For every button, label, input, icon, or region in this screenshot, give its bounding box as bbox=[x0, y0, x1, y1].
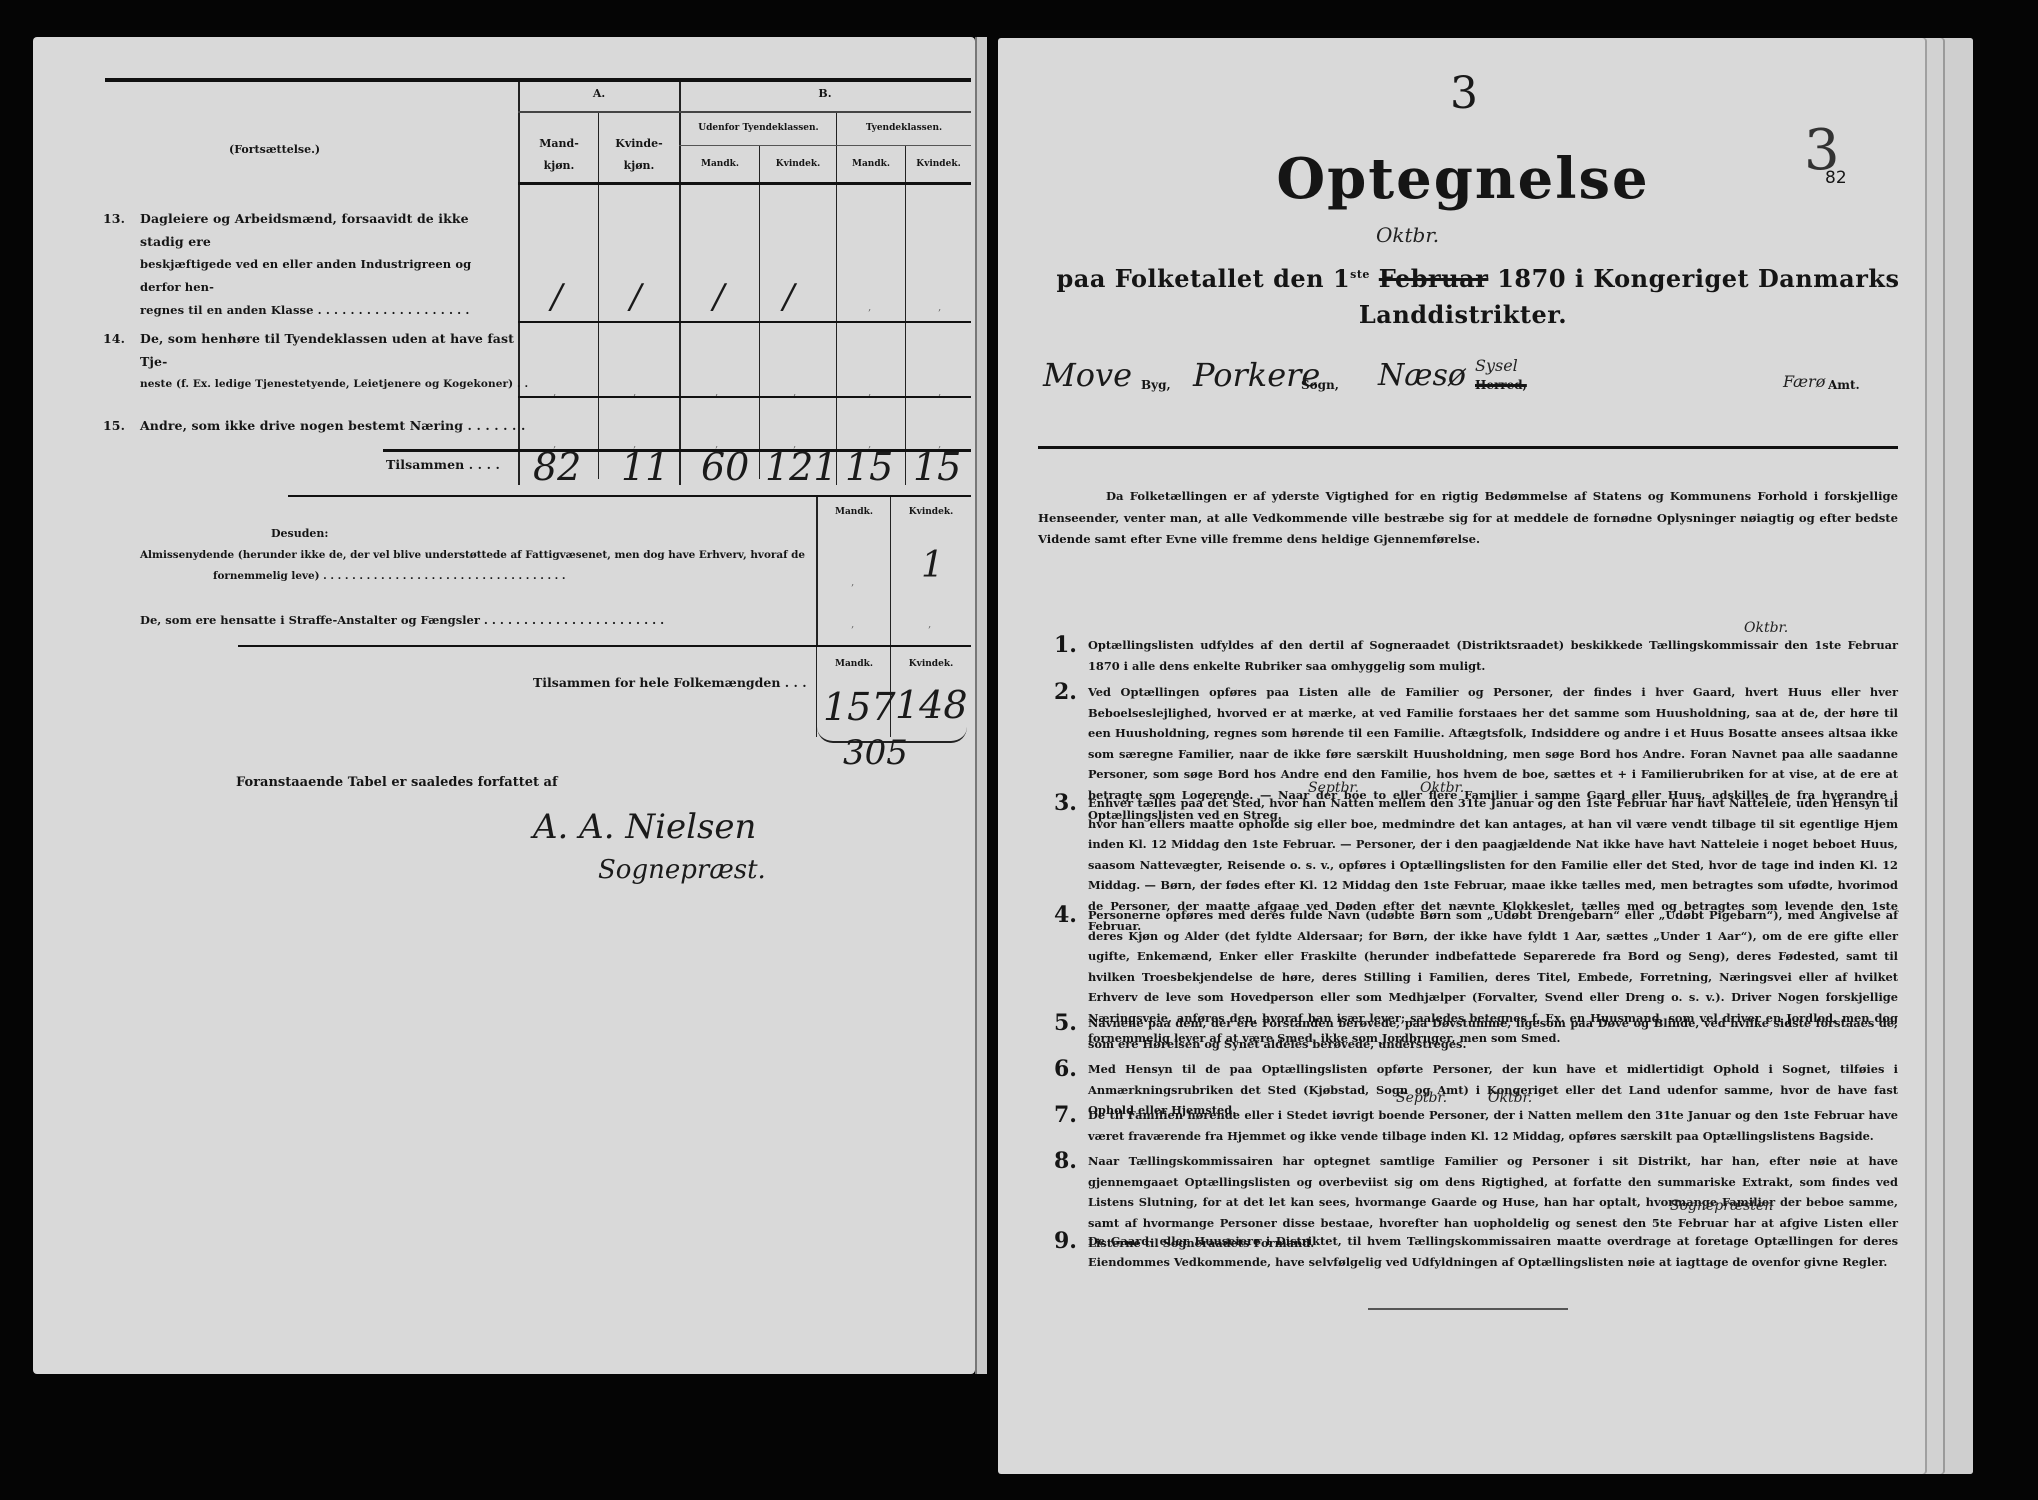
b1-female-header: Kvindek. bbox=[760, 159, 836, 169]
row-13-b2-female: ‚ bbox=[938, 302, 941, 313]
group-b-label: B. bbox=[679, 87, 971, 100]
section-label: (Fortsættelse.) bbox=[229, 143, 320, 156]
besides-bottom-rule bbox=[238, 645, 971, 647]
row-13-text: Dagleiere og Arbeidsmænd, forsaavidt de … bbox=[140, 207, 510, 322]
page-gutter bbox=[975, 37, 987, 1374]
besides-row-1-male: ‚ bbox=[851, 577, 854, 588]
location-district: Næsø bbox=[1378, 358, 1466, 393]
signature-title: Sognepræst. bbox=[598, 855, 766, 885]
date-correction: Oktbr. bbox=[1376, 223, 1439, 247]
row-13-b1-male: / bbox=[713, 277, 724, 317]
besides-female-header: Kvindek. bbox=[891, 507, 971, 517]
location-district-label: Herred, bbox=[1475, 378, 1527, 392]
grand-female-header: Kvindek. bbox=[891, 659, 971, 669]
besides-row-1-female: 1 bbox=[921, 545, 944, 586]
location-parish-label: Sogn, bbox=[1301, 378, 1339, 392]
instruction-4-number: 4. bbox=[1054, 902, 1077, 928]
table-vline-b-left bbox=[679, 82, 681, 485]
location-county-label: Amt. bbox=[1828, 378, 1860, 392]
subtitle-struck-month: Februar bbox=[1379, 264, 1489, 293]
subtitle-line-1: paa Folketallet den 1ste Februar 1870 i … bbox=[1028, 264, 1928, 293]
row-14-line-1: De, som henhøre til Tyendeklassen uden a… bbox=[140, 327, 515, 373]
instruction-9-text: De Gaard- eller Huuseiere i Distriktet, … bbox=[1088, 1231, 1898, 1272]
instruction-5-text: Navnene paa dem, der ere Forstanden berø… bbox=[1088, 1013, 1898, 1054]
row-14-line-2: neste (f. Ex. ledige Tjenestetyende, Lei… bbox=[140, 373, 515, 396]
b-servant-header: Tyendeklassen. bbox=[837, 123, 971, 133]
grand-total-male: 157 bbox=[823, 685, 896, 729]
row-13-line-3: regnes til en anden Klasse . . . . . . .… bbox=[140, 299, 510, 322]
besides-vline-1 bbox=[816, 497, 818, 647]
col-a-male-header: Mand- kjøn. bbox=[520, 133, 598, 177]
instruction-8-number: 8. bbox=[1054, 1148, 1077, 1174]
grand-total-sum: 305 bbox=[843, 733, 908, 773]
row-14-rule bbox=[518, 396, 971, 398]
subtitle-sup: ste bbox=[1350, 268, 1370, 281]
b1-male-header: Mandk. bbox=[681, 159, 759, 169]
besides-vline-2 bbox=[890, 497, 891, 647]
besides-heading: Desuden: bbox=[271, 527, 328, 540]
instruction-2-number: 2. bbox=[1054, 679, 1077, 705]
location-district-correction: Sysel bbox=[1475, 356, 1518, 375]
row-13-line-2: beskjæftigede ved en eller anden Industr… bbox=[140, 253, 510, 299]
besides-row-2-male: ‚ bbox=[851, 619, 854, 630]
b2-male-header: Mandk. bbox=[837, 159, 905, 169]
instruction-7-number: 7. bbox=[1054, 1102, 1077, 1128]
besides-male-header: Mandk. bbox=[818, 507, 890, 517]
location-rule bbox=[1038, 446, 1898, 449]
row-15-text: Andre, som ikke drive nogen bestemt Næri… bbox=[140, 414, 525, 437]
grand-vline-1 bbox=[816, 647, 817, 737]
row-14-number: 14. bbox=[103, 327, 125, 350]
annotation-item-3b: Oktbr. bbox=[1420, 780, 1464, 796]
row-13-rule bbox=[518, 321, 971, 323]
header-rule-1 bbox=[518, 111, 971, 113]
instruction-5-number: 5. bbox=[1054, 1010, 1077, 1036]
location-county: Færø bbox=[1783, 372, 1825, 391]
instruction-7-text: De til Familien hørende eller i Stedet i… bbox=[1088, 1105, 1898, 1146]
total-a-female: 11 bbox=[621, 445, 669, 489]
row-13-b1-female: / bbox=[783, 277, 794, 317]
total-a-male: 82 bbox=[533, 445, 581, 489]
signature-name: A. A. Nielsen bbox=[533, 807, 756, 847]
location-village-label: Byg, bbox=[1141, 378, 1171, 392]
annotation-item-7b: Oktbr. bbox=[1488, 1090, 1532, 1106]
b2-female-header: Kvindek. bbox=[906, 159, 971, 169]
col-a-female-header: Kvinde- kjøn. bbox=[599, 133, 679, 177]
total-b1-female: 121 bbox=[765, 445, 838, 489]
instruction-6-number: 6. bbox=[1054, 1056, 1077, 1082]
group-a-label: A. bbox=[518, 87, 680, 100]
row-13-a-male: / bbox=[551, 277, 562, 317]
table-vline-b1 bbox=[759, 145, 760, 479]
subtitle-line-2: Landdistrikter. bbox=[998, 300, 1928, 329]
grand-male-header: Mandk. bbox=[818, 659, 890, 669]
location-line: Move Byg, Porkere Sogn, Næsø Sysel Herre… bbox=[1043, 356, 1943, 416]
header-rule-2 bbox=[679, 145, 971, 146]
signature-label: Foranstaaende Tabel er saaledes forfatte… bbox=[236, 775, 558, 790]
subtitle-part-a: paa Folketallet den 1 bbox=[1057, 264, 1351, 293]
right-page: 3 3 82 Optegnelse Oktbr. paa Folketallet… bbox=[998, 38, 1973, 1474]
instruction-3-number: 3. bbox=[1054, 790, 1077, 816]
b-outside-servant-header: Udenfor Tyendeklassen. bbox=[681, 123, 836, 133]
instruction-9-number: 9. bbox=[1054, 1228, 1077, 1254]
annotation-item-3a: Septbr. bbox=[1308, 780, 1359, 796]
totals-bottom-rule bbox=[288, 495, 971, 497]
row-13-a-female: / bbox=[630, 277, 641, 317]
row-14-text: De, som henhøre til Tyendeklassen uden a… bbox=[140, 327, 515, 396]
subtitle-part-b: 1870 i Kongeriget Danmarks bbox=[1497, 264, 1899, 293]
total-b1-male: 60 bbox=[701, 445, 749, 489]
total-label: Tilsammen . . . . bbox=[386, 453, 500, 476]
instruction-1-text: Optællingslisten udfyldes af den dertil … bbox=[1088, 635, 1898, 676]
header-rule-3 bbox=[518, 182, 971, 185]
besides-row-1-line-2: fornemmelig leve) . . . . . . . . . . . … bbox=[140, 566, 810, 587]
document-title: Optegnelse bbox=[998, 146, 1928, 212]
location-village: Move bbox=[1043, 356, 1132, 394]
total-b2-male: 15 bbox=[845, 445, 893, 489]
top-rule bbox=[105, 78, 971, 82]
row-13-line-1: Dagleiere og Arbeidsmænd, forsaavidt de … bbox=[140, 207, 510, 253]
grand-total-label: Tilsammen for hele Folkemængden . . . bbox=[533, 675, 807, 690]
left-page: (Fortsættelse.) A. B. Mand- kjøn. Kvinde… bbox=[33, 37, 975, 1374]
total-b2-female: 15 bbox=[913, 445, 961, 489]
row-13-number: 13. bbox=[103, 207, 125, 230]
annotation-item-8: Sognepræsten bbox=[1670, 1198, 1773, 1214]
intro-paragraph: Da Folketællingen er af yderste Vigtighe… bbox=[1038, 486, 1898, 551]
row-13-b2-male: ‚ bbox=[868, 302, 871, 313]
closing-rule bbox=[1368, 1308, 1568, 1310]
annotation-item-1: Oktbr. bbox=[1744, 620, 1788, 636]
besides-row-2-female: ‚ bbox=[928, 619, 931, 630]
besides-row-1-text: Almissenydende (herunder ikke de, der ve… bbox=[140, 545, 810, 587]
row-15-number: 15. bbox=[103, 414, 125, 437]
handwritten-number-top: 3 bbox=[1450, 68, 1478, 119]
annotation-item-7a: Septbr. bbox=[1396, 1090, 1447, 1106]
besides-row-2-text: De, som ere hensatte i Straffe-Anstalter… bbox=[140, 613, 664, 627]
table-vline-b3 bbox=[905, 145, 906, 485]
instruction-1-number: 1. bbox=[1054, 632, 1077, 658]
grand-total-female: 148 bbox=[895, 683, 968, 727]
besides-row-1-line-1: Almissenydende (herunder ikke de, der ve… bbox=[140, 545, 810, 566]
